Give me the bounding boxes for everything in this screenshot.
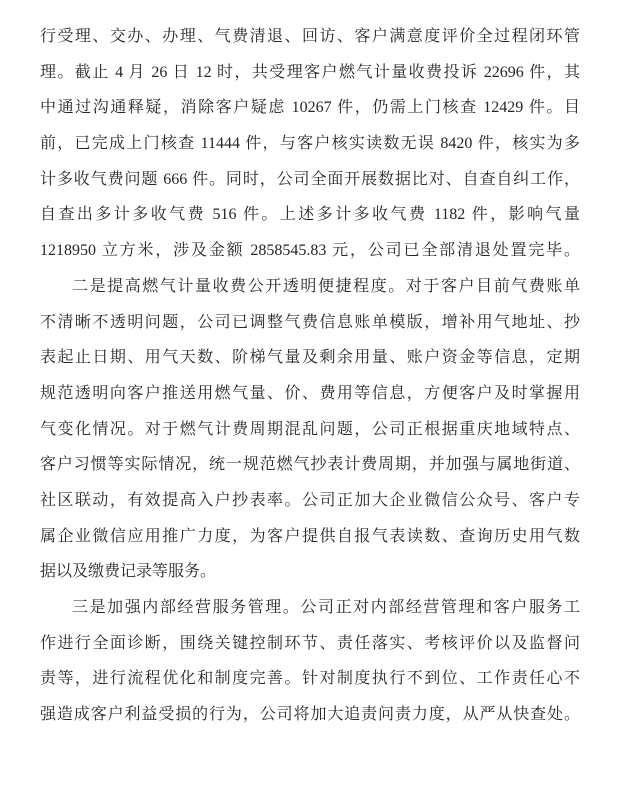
document-body: 行受理、交办、办理、气费清退、回访、客户满意度评价全过程闭环管理。截止 4 月 … xyxy=(40,19,580,733)
text-line: 行受理、交办、办理、气费清退、回访、客户满意度评价全过程闭环管 xyxy=(40,19,580,55)
paragraph: 行受理、交办、办理、气费清退、回访、客户满意度评价全过程闭环管理。截止 4 月 … xyxy=(40,19,580,269)
document-page: 行受理、交办、办理、气费清退、回访、客户满意度评价全过程闭环管理。截止 4 月 … xyxy=(0,0,621,807)
text-line: 客户习惯等实际情况，统一规范燃气抄表计费周期，并加强与属地街道、 xyxy=(40,447,580,483)
text-line: 计多收气费问题 666 件。同时，公司全面开展数据比对、自查自纠工作， xyxy=(40,162,580,198)
text-line: 不清晰不透明问题，公司已调整气费信息账单模版，增补用气地址、抄 xyxy=(40,305,580,341)
text-line: 三是加强内部经营服务管理。公司正对内部经营管理和客户服务工 xyxy=(40,590,580,626)
text-line: 强造成客户利益受损的行为，公司将加大追责问责力度，从严从快查处。 xyxy=(40,697,580,733)
text-line: 表起止日期、用气天数、阶梯气量及剩余用量、账户资金等信息，定期 xyxy=(40,340,580,376)
text-line: 作进行全面诊断，围绕关键控制环节、责任落实、考核评价以及监督问 xyxy=(40,626,580,662)
text-line: 中通过沟通释疑，消除客户疑虑 10267 件，仍需上门核查 12429 件。目 xyxy=(40,90,580,126)
text-line: 责等，进行流程优化和制度完善。针对制度执行不到位、工作责任心不 xyxy=(40,661,580,697)
text-line: 社区联动，有效提高入户抄表率。公司正加大企业微信公众号、客户专 xyxy=(40,483,580,519)
text-line: 气变化情况。对于燃气计费周期混乱问题，公司正根据重庆地域特点、 xyxy=(40,412,580,448)
text-line: 规范透明向客户推送用燃气量、价、费用等信息，方便客户及时掌握用 xyxy=(40,376,580,412)
text-line: 理。截止 4 月 26 日 12 时，共受理客户燃气计量收费投诉 22696 件… xyxy=(40,55,580,91)
text-line: 自查出多计多收气费 516 件。上述多计多收气费 1182 件，影响气量 xyxy=(40,197,580,233)
text-line: 前，已完成上门核查 11444 件，与客户核实读数无误 8420 件，核实为多 xyxy=(40,126,580,162)
paragraph: 二是提高燃气计量收费公开透明便捷程度。对于客户目前气费账单不清晰不透明问题，公司… xyxy=(40,269,580,590)
paragraph: 三是加强内部经营服务管理。公司正对内部经营管理和客户服务工作进行全面诊断，围绕关… xyxy=(40,590,580,733)
text-line: 1218950 立方米，涉及金额 2858545.83 元，公司已全部清退处置完… xyxy=(40,233,580,269)
text-line: 属企业微信应用推广力度，为客户提供自报气表读数、查询历史用气数 xyxy=(40,519,580,555)
text-line: 二是提高燃气计量收费公开透明便捷程度。对于客户目前气费账单 xyxy=(40,269,580,305)
text-line: 据以及缴费记录等服务。 xyxy=(40,554,580,590)
